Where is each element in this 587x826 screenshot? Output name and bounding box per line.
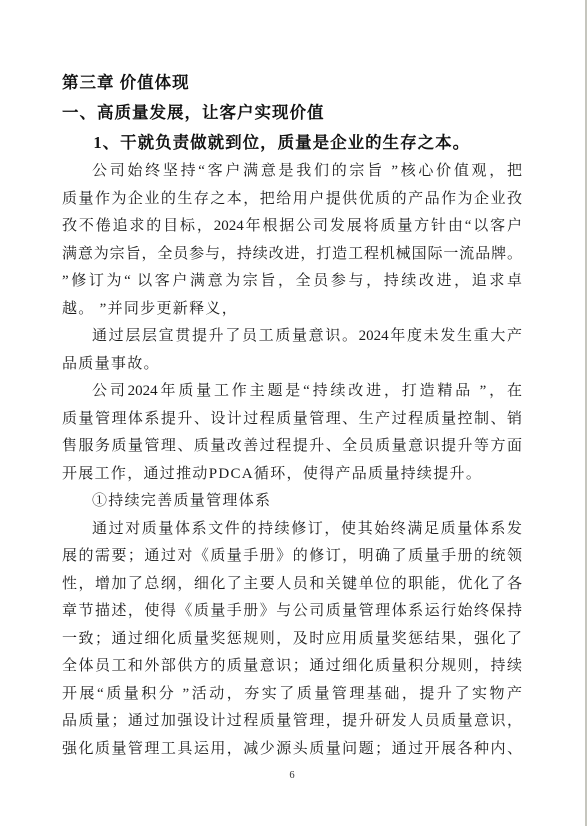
paragraph-line: 品质量事故。 (62, 351, 522, 379)
paragraph-line: 章节描述，使得《质量手册》与公司质量管理体系运行始终保持 (62, 598, 522, 626)
paragraph-line: 公司2024年质量工作主题是“持续改进，打造精品 ”，在 (62, 378, 522, 406)
paragraph-line: 一致；通过细化质量奖惩规则，及时应用质量奖惩结果，强化了 (62, 626, 522, 654)
paragraph-line: 开展工作，通过推动PDCA循环，使得产品质量持续提升。 (62, 461, 522, 489)
paragraph-line: 越。 ”并同步更新释义， (62, 296, 522, 324)
section-heading: 一、高质量发展，让客户实现价值 (62, 98, 522, 128)
paragraphs-container: 公司始终坚持“客户满意是我们的宗旨 ”核心价值观，把质量作为企业的生存之本，把给… (62, 158, 522, 763)
paragraph-line: 质量作为企业的生存之本，把给用户提供优质的产品作为企业孜 (62, 186, 522, 214)
paragraph-line: 展的需要；通过对《质量手册》的修订，明确了质量手册的统领 (62, 543, 522, 571)
paragraph-line: 质量管理体系提升、设计过程质量管理、生产过程质量控制、销 (62, 406, 522, 434)
paragraph: 通过层层宣贯提升了员工质量意识。2024年度未发生重大产品质量事故。 (62, 323, 522, 378)
paragraph-line: ”修订为“ 以客户满意为宗旨，全员参与，持续改进，追求卓 (62, 268, 522, 296)
paragraph-line: 售服务质量管理、质量改善过程提升、全员质量意识提升等方面 (62, 433, 522, 461)
subsection-heading: 1、干就负责做就到位，质量是企业的生存之本。 (62, 128, 522, 158)
paragraph-line: 满意为宗旨，全员参与，持续改进，打造工程机械国际一流品牌。 (62, 241, 522, 269)
paragraph-line: 公司始终坚持“客户满意是我们的宗旨 ”核心价值观，把 (62, 158, 522, 186)
paragraph-line: 强化质量管理工具运用，减少源头质量问题；通过开展各种内、 (62, 736, 522, 764)
page-number: 6 (62, 770, 522, 781)
paragraph-line: 性，增加了总纲，细化了主要人员和关键单位的职能，优化了各 (62, 571, 522, 599)
document-page: 第三章 价值体现 一、高质量发展，让客户实现价值 1、干就负责做就到位，质量是企… (0, 0, 585, 781)
paragraph: 通过对质量体系文件的持续修订，使其始终满足质量体系发展的需要；通过对《质量手册》… (62, 516, 522, 764)
paragraph-line: 通过层层宣贯提升了员工质量意识。2024年度未发生重大产 (62, 323, 522, 351)
paragraph-line: 开展“质量积分 ”活动，夯实了质量管理基础，提升了实物产 (62, 681, 522, 709)
paragraph-line: 孜不倦追求的目标，2024年根据公司发展将质量方针由“以客户 (62, 213, 522, 241)
chapter-heading: 第三章 价值体现 (62, 68, 522, 98)
paragraph: 公司始终坚持“客户满意是我们的宗旨 ”核心价值观，把质量作为企业的生存之本，把给… (62, 158, 522, 323)
paragraph-line: 品质量；通过加强设计过程质量管理，提升研发人员质量意识， (62, 708, 522, 736)
paragraph-line: 全体员工和外部供方的质量意识；通过细化质量积分规则，持续 (62, 653, 522, 681)
paragraph: 公司2024年质量工作主题是“持续改进，打造精品 ”，在质量管理体系提升、设计过… (62, 378, 522, 488)
paragraph: ①持续完善质量管理体系 (62, 488, 522, 516)
paragraph-line: ①持续完善质量管理体系 (62, 488, 522, 516)
paragraph-line: 通过对质量体系文件的持续修订，使其始终满足质量体系发 (62, 516, 522, 544)
